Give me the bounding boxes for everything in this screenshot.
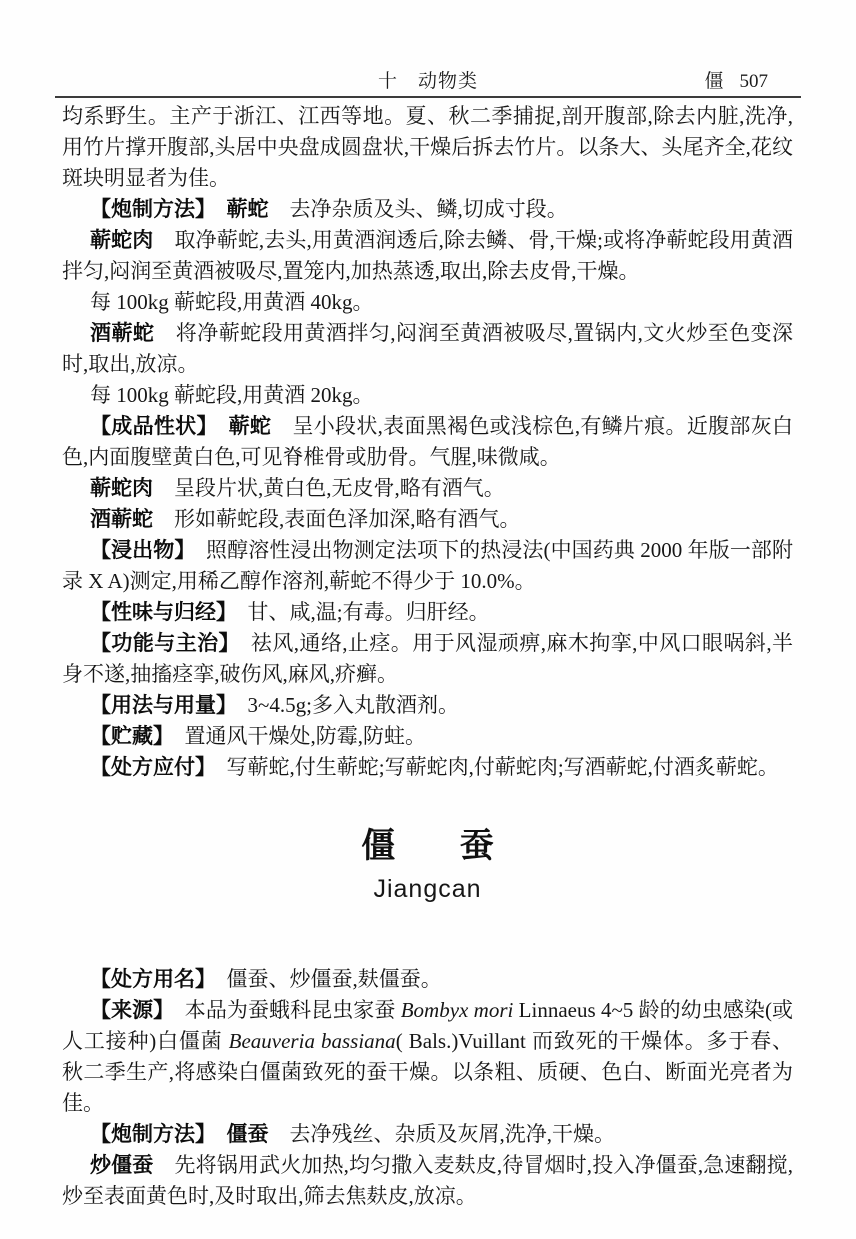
paragraph: 【处方用名】 僵蚕、炒僵蚕,麸僵蚕。 — [62, 964, 793, 995]
paragraph: 酒蕲蛇 形如蕲蛇段,表面色泽加深,略有酒气。 — [62, 504, 793, 535]
text-segment: 甘、咸,温;有毒。归肝经。 — [227, 600, 490, 624]
text-segment — [207, 414, 228, 438]
text-segment: 将净蕲蛇段用黄酒拌匀,闷润至黄酒被吸尽,置锅内,文火炒至色变深时,取出,放凉。 — [62, 321, 793, 376]
text-segment: 去净残丝、杂质及灰屑,洗净,干燥。 — [269, 1122, 616, 1146]
term-label: 酒蕲蛇 — [90, 322, 154, 345]
term-label: 【处方应付】 — [90, 756, 206, 779]
running-head: 僵507 — [704, 66, 768, 93]
article-jiangcan-heading: 僵蚕 Jiangcan — [62, 827, 793, 904]
text-segment: 每 100kg 蕲蛇段,用黄酒 20kg。 — [90, 383, 374, 407]
paragraph: 【性味与归经】 甘、咸,温;有毒。归肝经。 — [62, 597, 793, 628]
page-content: 均系野生。主产于浙江、江西等地。夏、秋二季捕捉,剖开腹部,除去内脏,洗净,用竹片… — [62, 101, 793, 1212]
paragraph: 【成品性状】 蕲蛇 呈小段状,表面黑褐色或浅棕色,有鳞片痕。近腹部灰白色,内面腹… — [62, 411, 793, 473]
term-label: 【性味与归经】 — [90, 601, 227, 624]
article-jiangcan-body: 【处方用名】 僵蚕、炒僵蚕,麸僵蚕。【来源】 本品为蚕蛾科昆虫家蚕 Bombyx… — [62, 964, 793, 1212]
text-segment: 形如蕲蛇段,表面色泽加深,略有酒气。 — [153, 507, 521, 531]
paragraph: 蕲蛇肉 取净蕲蛇,去头,用黄酒润透后,除去鳞、骨,干燥;或将净蕲蛇段用黄酒拌匀,… — [62, 225, 793, 287]
paragraph: 酒蕲蛇 将净蕲蛇段用黄酒拌匀,闷润至黄酒被吸尽,置锅内,文火炒至色变深时,取出,… — [62, 318, 793, 380]
term-label: 【浸出物】 — [90, 539, 185, 562]
text-segment: 每 100kg 蕲蛇段,用黄酒 40kg。 — [90, 290, 374, 314]
term-label: 酒蕲蛇 — [90, 508, 153, 531]
term-label: 【用法与用量】 — [90, 694, 227, 717]
term-label: 【炮制方法】 — [90, 198, 206, 221]
text-segment: 均系野生。主产于浙江、江西等地。夏、秋二季捕捉,剖开腹部,除去内脏,洗净,用竹片… — [62, 104, 793, 190]
text-segment: 取净蕲蛇,去头,用黄酒润透后,除去鳞、骨,干燥;或将净蕲蛇段用黄酒拌匀,闷润至黄… — [62, 228, 793, 283]
term-label: 【功能与主治】 — [90, 632, 229, 655]
text-segment: 本品为蚕蛾科昆虫家蚕 — [164, 998, 401, 1022]
text-segment: 呈段片状,黄白色,无皮骨,略有酒气。 — [153, 476, 505, 500]
running-head-char: 僵 — [704, 71, 723, 92]
paragraph: 均系野生。主产于浙江、江西等地。夏、秋二季捕捉,剖开腹部,除去内脏,洗净,用竹片… — [62, 101, 793, 194]
paragraph: 【功能与主治】 祛风,通络,止痉。用于风湿顽痹,麻木拘挛,中风口眼㖞斜,半身不遂… — [62, 628, 793, 690]
term-label: 【成品性状】 — [90, 415, 207, 438]
term-label: 僵蚕 — [227, 1123, 269, 1146]
text-segment: 去净杂质及头、鳞,切成寸段。 — [269, 197, 568, 221]
term-label: 【处方用名】 — [90, 968, 206, 991]
term-label: 蕲蛇 — [229, 415, 272, 438]
paragraph: 炒僵蚕 先将锅用武火加热,均匀撒入麦麸皮,待冒烟时,投入净僵蚕,急速翻搅,炒至表… — [62, 1150, 793, 1212]
article-title: 僵蚕 — [62, 827, 793, 865]
book-page: 十 动物类 僵507 均系野生。主产于浙江、江西等地。夏、秋二季捕捉,剖开腹部,… — [0, 0, 856, 1239]
term-label: 蕲蛇肉 — [90, 477, 153, 500]
article-qishe-body: 均系野生。主产于浙江、江西等地。夏、秋二季捕捉,剖开腹部,除去内脏,洗净,用竹片… — [62, 101, 793, 783]
text-segment: 僵蚕、炒僵蚕,麸僵蚕。 — [206, 967, 442, 991]
text-segment: 写蕲蛇,付生蕲蛇;写蕲蛇肉,付蕲蛇肉;写酒蕲蛇,付酒炙蕲蛇。 — [206, 755, 779, 779]
paragraph: 【来源】 本品为蚕蛾科昆虫家蚕 Bombyx mori Linnaeus 4~5… — [62, 995, 793, 1119]
text-segment — [206, 1122, 227, 1146]
page-number: 507 — [740, 71, 769, 92]
paragraph: 蕲蛇肉 呈段片状,黄白色,无皮骨,略有酒气。 — [62, 473, 793, 504]
paragraph: 【浸出物】 照醇溶性浸出物测定法项下的热浸法(中国药典 2000 年版一部附录 … — [62, 535, 793, 597]
header-rule — [55, 96, 801, 98]
term-label: 炒僵蚕 — [90, 1154, 153, 1177]
paragraph: 每 100kg 蕲蛇段,用黄酒 20kg。 — [62, 380, 793, 411]
paragraph: 【炮制方法】 僵蚕 去净残丝、杂质及灰屑,洗净,干燥。 — [62, 1119, 793, 1150]
term-label: 【炮制方法】 — [90, 1123, 206, 1146]
paragraph: 每 100kg 蕲蛇段,用黄酒 40kg。 — [62, 287, 793, 318]
paragraph: 【贮藏】 置通风干燥处,防霉,防蛀。 — [62, 721, 793, 752]
paragraph: 【用法与用量】 3~4.5g;多入丸散酒剂。 — [62, 690, 793, 721]
text-segment: 3~4.5g;多入丸散酒剂。 — [227, 693, 459, 717]
term-label: 蕲蛇 — [227, 198, 269, 221]
article-pinyin: Jiangcan — [62, 874, 793, 904]
text-segment: 先将锅用武火加热,均匀撒入麦麸皮,待冒烟时,投入净僵蚕,急速翻搅,炒至表面黄色时… — [62, 1153, 793, 1208]
latin-name: Bombyx mori — [401, 998, 514, 1022]
paragraph: 【炮制方法】 蕲蛇 去净杂质及头、鳞,切成寸段。 — [62, 194, 793, 225]
term-label: 蕲蛇肉 — [90, 229, 153, 252]
text-segment — [206, 197, 227, 221]
latin-name: Beauveria bassiana — [229, 1029, 396, 1053]
term-label: 【来源】 — [90, 999, 164, 1022]
paragraph: 【处方应付】 写蕲蛇,付生蕲蛇;写蕲蛇肉,付蕲蛇肉;写酒蕲蛇,付酒炙蕲蛇。 — [62, 752, 793, 783]
term-label: 【贮藏】 — [90, 725, 164, 748]
text-segment: 置通风干燥处,防霉,防蛀。 — [164, 724, 427, 748]
